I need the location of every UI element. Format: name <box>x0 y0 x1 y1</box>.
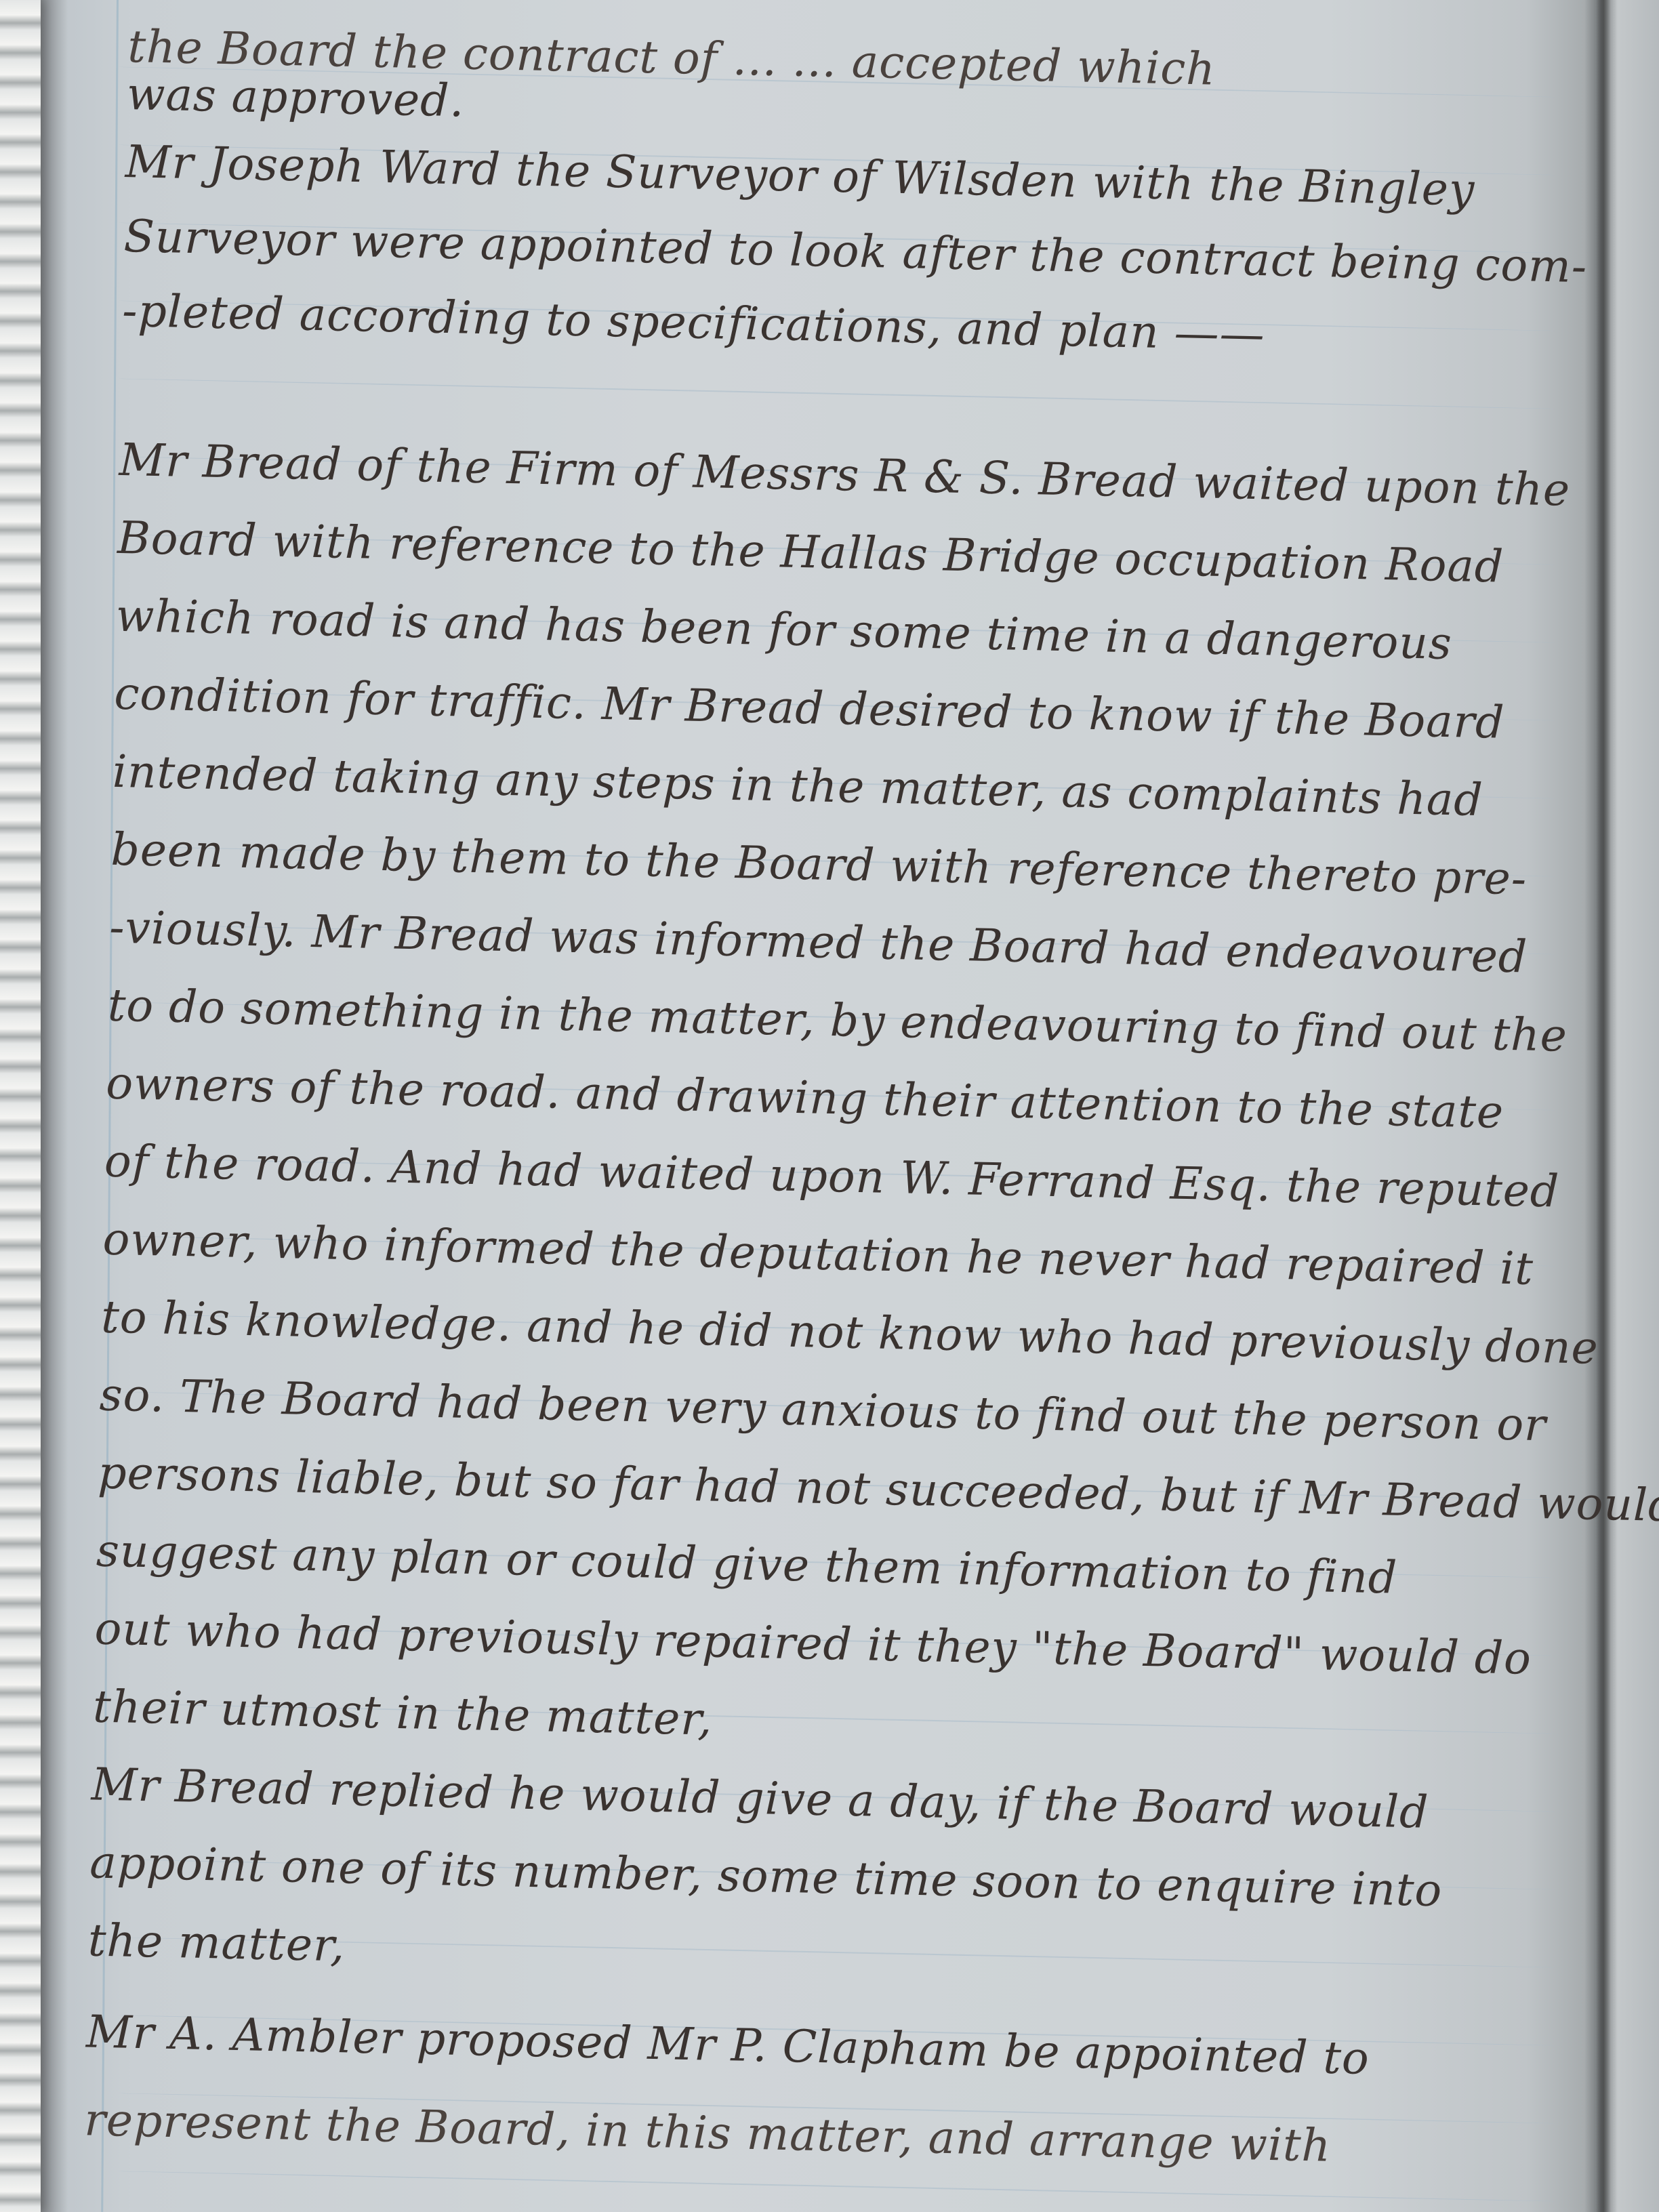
ruled-line <box>119 378 1555 409</box>
text-line: to do something in the matter, by endeav… <box>107 979 1568 1062</box>
text-line: Mr A. Ambler proposed Mr P. Clapham be a… <box>85 2005 1370 2085</box>
text-line: out who had previously repaired it they … <box>94 1602 1532 1684</box>
text-line: persons liable, but so far had not succe… <box>98 1447 1659 1532</box>
text-line: which road is and has been for some time… <box>115 590 1452 670</box>
text-line: condition for traffic. Mr Bread desired … <box>114 668 1505 749</box>
text-line: suggest any plan or could give them info… <box>96 1525 1398 1604</box>
text-line: been made by them to the Board with refe… <box>110 823 1528 905</box>
book-binding-edge <box>0 0 41 2212</box>
text-line: Surveyor were appointed to look after th… <box>123 210 1588 293</box>
text-line: to his knowledge. and he did not know wh… <box>100 1291 1599 1374</box>
text-line: -viously. Mr Bread was informed the Boar… <box>109 901 1528 983</box>
text-line: the matter, <box>87 1914 346 1971</box>
handwritten-text-block: the Board the contract of ... ... accept… <box>129 0 1586 30</box>
text-line: their utmost in the matter, <box>92 1680 713 1745</box>
document-photo: the Board the contract of ... ... accept… <box>0 0 1659 2212</box>
text-line: so. The Board had been very anxious to f… <box>99 1369 1547 1452</box>
text-line: owners of the road. and drawing their at… <box>106 1057 1504 1139</box>
text-line: Mr Bread replied he would give a day, if… <box>91 1758 1429 1838</box>
ruled-line <box>119 2171 1555 2202</box>
text-line: appoint one of its number, some time soo… <box>89 1836 1443 1917</box>
text-line: of the road. And had waited upon W. Ferr… <box>104 1135 1560 1218</box>
binding-shadow <box>41 0 68 2212</box>
text-line: owner, who informed the deputation he ne… <box>102 1213 1534 1295</box>
text-line: Mr Joseph Ward the Surveyor of Wilsden w… <box>125 136 1475 216</box>
text-line: Board with reference to the Hallas Bridg… <box>117 512 1504 593</box>
text-line: Mr Bread of the Firm of Messrs R & S. Br… <box>119 434 1571 516</box>
book-spine-gutter <box>1596 0 1611 2212</box>
text-line: was approved. <box>126 68 465 127</box>
text-line: -pleted according to specifications, and… <box>122 285 1266 361</box>
text-line: intended taking any steps in the matter,… <box>112 745 1483 826</box>
